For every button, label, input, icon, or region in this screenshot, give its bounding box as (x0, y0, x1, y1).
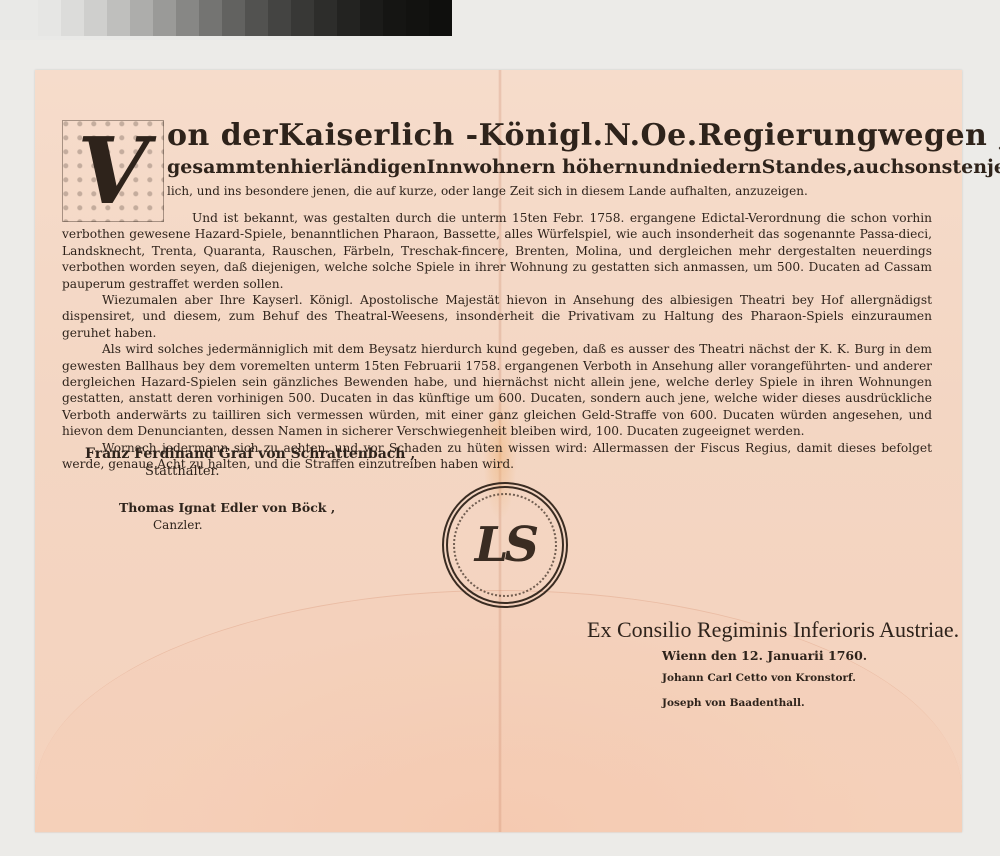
title-word: Königl. (479, 118, 604, 153)
subtitle-word: hierländigen (290, 156, 426, 178)
subtitle-word: Standes, (762, 156, 853, 178)
signatory-name: Thomas Ignat Edler von Böck , (119, 500, 335, 515)
paragraph-penalties: Als wird solches jedermänniglich mit dem… (62, 341, 932, 439)
seal-monogram-icon: LS (453, 493, 557, 597)
subtitle-word: gesammten (167, 156, 290, 178)
paragraph-dispensation: Wiezumalen aber Ihre Kayserl. Königl. Ap… (62, 292, 932, 341)
title-word: Oe. (641, 118, 698, 153)
gray-swatch (360, 0, 383, 36)
gray-swatch (107, 0, 130, 36)
subtitle-word: jedermännig- (987, 156, 1000, 178)
official-seal: LS (442, 482, 568, 608)
gray-swatch (222, 0, 245, 36)
title-word: wegen , (878, 118, 1000, 153)
title-word: on der (167, 118, 278, 153)
council-line: Ex Consilio Regiminis Inferioris Austria… (587, 617, 959, 643)
intro-line: lich, und ins besondere jenen, die auf k… (167, 184, 808, 198)
place-date: Wienn den 12. Januarii 1760. (662, 648, 867, 663)
signatory-name: Franz Ferdinand Graf von Schrattenbach , (85, 446, 415, 462)
gray-swatch (38, 0, 61, 36)
gray-swatch (199, 0, 222, 36)
title-word: Kaiserlich - (278, 118, 478, 153)
countersigner: Johann Carl Cetto von Kronstorf. (662, 672, 856, 684)
subtitle-word: sonsten (904, 156, 987, 178)
signatory-title: Statthalter. (145, 464, 219, 479)
document-subtitle: gesammten hierländigen Innwohnern höhern… (167, 156, 937, 178)
gray-swatch (429, 0, 452, 36)
decorated-initial: V (62, 120, 164, 222)
subtitle-word: und (638, 156, 679, 178)
subtitle-word: niedern (679, 156, 761, 178)
title-word: Regierung (698, 118, 878, 153)
document-sheet: V on der Kaiserlich - Königl. N. Oe. Reg… (35, 70, 962, 832)
gray-swatch (383, 0, 406, 36)
gray-swatch (268, 0, 291, 36)
gray-swatch (291, 0, 314, 36)
gray-swatch (176, 0, 199, 36)
gray-swatch (406, 0, 429, 36)
gray-swatch (130, 0, 153, 36)
document-title: on der Kaiserlich - Königl. N. Oe. Regie… (167, 118, 937, 153)
gray-swatch (153, 0, 176, 36)
title-word: N. (604, 118, 641, 153)
subtitle-word: Innwohnern höhern (426, 156, 638, 178)
document-body: Und ist bekannt, was gestalten durch die… (62, 210, 932, 473)
gray-swatch (61, 0, 84, 36)
gray-swatch (314, 0, 337, 36)
gray-swatch (84, 0, 107, 36)
subtitle-word: auch (853, 156, 905, 178)
countersigner: Joseph von Baadenthall. (662, 697, 805, 709)
signatory-title: Canzler. (153, 518, 203, 532)
grayscale-calibration-strip (38, 0, 452, 36)
gray-swatch (337, 0, 360, 36)
paragraph-edict: Und ist bekannt, was gestalten durch die… (62, 210, 932, 292)
gray-swatch (245, 0, 268, 36)
